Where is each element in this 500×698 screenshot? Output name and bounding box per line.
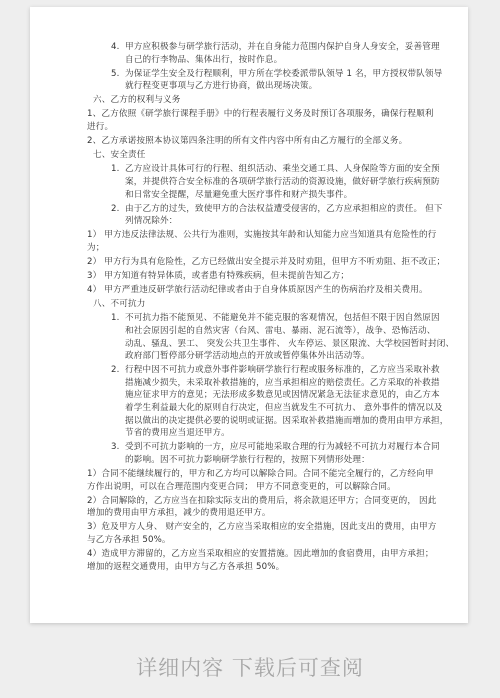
list-number: 5.: [111, 68, 125, 81]
document-line: 2） 甲方行为具有危险性，乙方已经做出安全提示并及时劝阻，但甲方不听劝阻、拒不改…: [87, 256, 447, 269]
line-text: 3）危及甲方人身、 财产安全的，乙方应当采取相应的安全措施，因此支出的费用，由甲…: [87, 522, 437, 532]
line-text: 1）合同不能继续履行的，甲方和乙方均可以解除合同。合同不能完全履行的，乙方经向甲: [87, 469, 434, 479]
line-text: 列情况除外：: [125, 216, 177, 226]
line-text: 乙方应设计具体可行的行程、组织活动、乘坐交通工具、人身保险等方面的安全预: [125, 164, 440, 174]
document-line: 2.行程中因不可抗力或意外事件影响研学旅行行程或服务标准的，乙方应当采取补救: [87, 364, 447, 377]
list-number: 3.: [111, 441, 125, 454]
line-text: 方作出说明，可以在合理范围内变更合同； 甲方不同意变更的，可以解除合同。: [87, 482, 396, 492]
line-text: 八、不可抗力: [93, 299, 145, 309]
document-line: 的影响。因不可抗力影响研学旅行行程的，按照下列情形处理：: [87, 454, 447, 467]
line-text: 2、乙方承诺按照本协议第四条注明的所有文件内容中所有由乙方履行的全部义务。: [87, 136, 407, 146]
document-line: 据以做出的决定提供必要的说明或证据。因采取补救措施而增加的费用由甲方承担，: [87, 415, 447, 428]
line-text: 案，并提供符合安全标准的各项研学旅行活动的资源设施，做好研学旅行疾病预防: [125, 177, 440, 187]
line-text: 为；: [87, 243, 105, 253]
line-text: 进行。: [87, 122, 113, 132]
document-line: 1、乙方依照《研学旅行课程手册》中的行程表履行义务及时预订各项服务，确保行程顺利: [87, 108, 447, 121]
line-text: 增加的费用由甲方承担，减少的费用退还甲方。: [87, 508, 271, 518]
document-line: 为；: [87, 242, 447, 255]
line-text: 动乱、骚乱、罢工、 突发公共卫生事件、 火车停运、景区限流、大学校园暂时封闭、: [125, 339, 454, 349]
document-line: 4）造成甲方滞留的，乙方应当采取相应的安置措施。因此增加的食宿费用，由甲方承担；: [87, 548, 447, 561]
line-text: 4） 甲方严重违反研学旅行活动纪律或者由于自身体质原因产生的伤病治疗及相关费用。: [87, 285, 428, 295]
line-text: 七、安全责任: [93, 150, 145, 160]
document-line: 5.为保证学生安全及行程顺利，甲方所在学校委派带队领导 1 名，甲方授权带队领导: [87, 68, 447, 81]
line-text: 的影响。因不可抗力影响研学旅行行程的，按照下列情形处理：: [125, 455, 370, 465]
line-text: 受到不可抗力影响的一方，应尽可能地采取合理的行为减轻不可抗力对履行本合同: [125, 442, 440, 452]
list-number: 2.: [111, 203, 125, 216]
line-text: 与乙方各承担 50%。: [87, 535, 171, 545]
line-text: 增加的返程交通费用，由甲方与乙方各承担 50%。: [87, 562, 284, 572]
line-text: 4）造成甲方滞留的，乙方应当采取相应的安置措施。因此增加的食宿费用，由甲方承担；: [87, 549, 434, 559]
line-text: 政府部门暂停部分研学活动地点的开放或暂停集体外出活动等。: [125, 351, 370, 361]
document-line: 2.由于乙方的过失，致使甲方的合法权益遭受侵害的，乙方应承担相应的责任。 但下: [87, 203, 447, 216]
document-line: 自己的行李物品、集体出行，按时作息。: [87, 54, 447, 67]
document-line: 措施减少损失，未采取补救措施的，应当承担相应的赔偿责任。乙方采取的补救措: [87, 377, 447, 390]
list-number: 4.: [111, 41, 125, 54]
document-line: 2）合同解除的，乙方应当在扣除实际支出的费用后，将余款退还甲方；合同变更的， 因…: [87, 495, 447, 508]
document-line: 3）危及甲方人身、 财产安全的，乙方应当采取相应的安全措施，因此支出的费用，由甲…: [87, 521, 447, 534]
document-line: 和日常安全提醒，尽量避免重大医疗事件和财产损失事件。: [87, 189, 447, 202]
document-line: 2、乙方承诺按照本协议第四条注明的所有文件内容中所有由乙方履行的全部义务。: [87, 135, 447, 148]
line-text: 2）合同解除的，乙方应当在扣除实际支出的费用后，将余款退还甲方；合同变更的， 因…: [87, 496, 437, 506]
line-text: 甲方应积极参与研学旅行活动，并在自身能力范围内保护自身人身安全，妥善管理: [125, 42, 440, 52]
document-line: 1） 甲方违反法律法规、公共行为准则，实施按其年龄和认知能力应当知道具有危险性的…: [87, 229, 447, 242]
document-line: 政府部门暂停部分研学活动地点的开放或暂停集体外出活动等。: [87, 350, 447, 363]
line-text: 自己的行李物品、集体出行，按时作息。: [125, 55, 282, 65]
document-line: 与乙方各承担 50%。: [87, 534, 447, 547]
document-line: 六、乙方的权利与义务: [87, 94, 447, 107]
list-number: 1.: [111, 163, 125, 176]
line-text: 不可抗力指不能预见、不能避免并不能克服的客观情况，包括但不限于因自然原因: [125, 313, 440, 323]
line-text: 着学生利益最大化的原则自行决定，但应当就发生不可抗力、 意外事件的情况以及: [125, 403, 443, 413]
document-line: 进行。: [87, 121, 447, 134]
document-line: 列情况除外：: [87, 215, 447, 228]
document-line: 4.甲方应积极参与研学旅行活动，并在自身能力范围内保护自身人身安全，妥善管理: [87, 41, 447, 54]
line-text: 由于乙方的过失，致使甲方的合法权益遭受侵害的，乙方应承担相应的责任。 但下: [125, 204, 443, 214]
line-text: 和社会原因引起的自然灾害（台风、雷电、暴雨、泥石流等），战争、恐怖活动、: [125, 326, 435, 336]
document-page: 4.甲方应积极参与研学旅行活动，并在自身能力范围内保护自身人身安全，妥善管理自己…: [30, 7, 468, 623]
line-text: 3） 甲方知道有特异体质，或者患有特殊疾病，但未提前告知乙方；: [87, 271, 349, 281]
document-line: 3） 甲方知道有特异体质，或者患有特殊疾病，但未提前告知乙方；: [87, 270, 447, 283]
line-text: 为保证学生安全及行程顺利，甲方所在学校委派带队领导 1 名，甲方授权带队领导: [125, 69, 442, 79]
line-text: 六、乙方的权利与义务: [93, 95, 180, 105]
document-line: 节省的费用应当退还甲方。: [87, 427, 447, 440]
line-text: 和日常安全提醒，尽量避免重大医疗事件和财产损失事件。: [125, 190, 352, 200]
document-line: 七、安全责任: [87, 149, 447, 162]
document-line: 和社会原因引起的自然灾害（台风、雷电、暴雨、泥石流等），战争、恐怖活动、: [87, 325, 447, 338]
list-number: 2.: [111, 364, 125, 377]
line-text: 节省的费用应当退还甲方。: [125, 428, 230, 438]
document-line: 施应征求甲方的意见；无法形成多数意见或因情况紧急无法征求意见的，由乙方本: [87, 389, 447, 402]
line-text: 据以做出的决定提供必要的说明或证据。因采取补救措施而增加的费用由甲方承担，: [125, 416, 449, 426]
document-line: 方作出说明，可以在合理范围内变更合同； 甲方不同意变更的，可以解除合同。: [87, 481, 447, 494]
document-line: 1.不可抗力指不能预见、不能避免并不能克服的客观情况，包括但不限于因自然原因: [87, 312, 447, 325]
line-text: 行程中因不可抗力或意外事件影响研学旅行行程或服务标准的，乙方应当采取补救: [125, 365, 440, 375]
line-text: 就行程变更事项与乙方进行协商，做出现场决策。: [125, 81, 317, 91]
list-number: 1.: [111, 312, 125, 325]
document-line: 就行程变更事项与乙方进行协商，做出现场决策。: [87, 80, 447, 93]
document-line: 4） 甲方严重违反研学旅行活动纪律或者由于自身体质原因产生的伤病治疗及相关费用。: [87, 284, 447, 297]
line-text: 措施减少损失，未采取补救措施的，应当承担相应的赔偿责任。乙方采取的补救措: [125, 378, 440, 388]
line-text: 2） 甲方行为具有危险性，乙方已经做出安全提示并及时劝阻，但甲方不听劝阻、拒不改…: [87, 257, 445, 267]
document-line: 八、不可抗力: [87, 298, 447, 311]
document-line: 1）合同不能继续履行的，甲方和乙方均可以解除合同。合同不能完全履行的，乙方经向甲: [87, 468, 447, 481]
document-line: 增加的费用由甲方承担，减少的费用退还甲方。: [87, 507, 447, 520]
document-line: 3.受到不可抗力影响的一方，应尽可能地采取合理的行为减轻不可抗力对履行本合同: [87, 441, 447, 454]
document-line: 案，并提供符合安全标准的各项研学旅行活动的资源设施，做好研学旅行疾病预防: [87, 176, 447, 189]
download-prompt[interactable]: 详细内容 下载后可查阅: [0, 652, 500, 682]
document-body: 4.甲方应积极参与研学旅行活动，并在自身能力范围内保护自身人身安全，妥善管理自己…: [87, 41, 447, 573]
document-line: 增加的返程交通费用，由甲方与乙方各承担 50%。: [87, 561, 447, 574]
document-line: 着学生利益最大化的原则自行决定，但应当就发生不可抗力、 意外事件的情况以及: [87, 402, 447, 415]
line-text: 施应征求甲方的意见；无法形成多数意见或因情况紧急无法征求意见的，由乙方本: [125, 390, 440, 400]
line-text: 1） 甲方违反法律法规、公共行为准则，实施按其年龄和认知能力应当知道具有危险性的…: [87, 230, 437, 240]
document-line: 动乱、骚乱、罢工、 突发公共卫生事件、 火车停运、景区限流、大学校园暂时封闭、: [87, 338, 447, 351]
document-line: 1.乙方应设计具体可行的行程、组织活动、乘坐交通工具、人身保险等方面的安全预: [87, 163, 447, 176]
line-text: 1、乙方依照《研学旅行课程手册》中的行程表履行义务及时预订各项服务，确保行程顺利: [87, 109, 434, 119]
